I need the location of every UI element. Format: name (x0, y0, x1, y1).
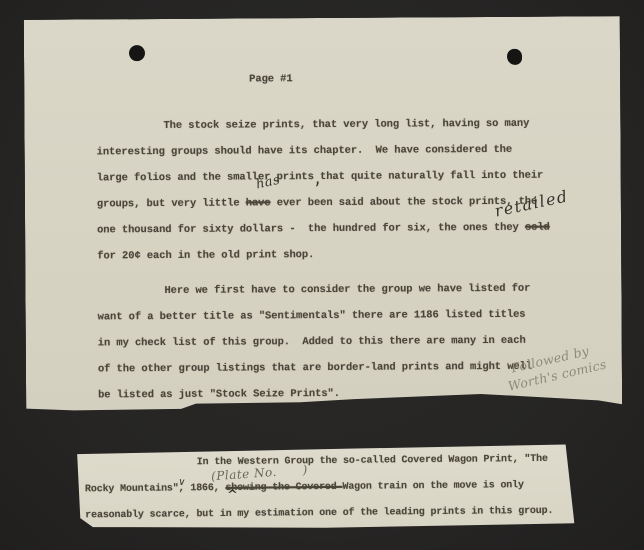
typed-line: large folios and the smaller prints that… (97, 162, 597, 191)
typed-line: interesting groups should have its chapt… (97, 136, 597, 165)
punch-hole-right (507, 49, 522, 65)
insertion-caret-mark: ^ (227, 488, 238, 503)
typed-line: in my check list of this group. Added to… (98, 327, 598, 356)
typed-line: reasonably scarce, but in my estimation … (85, 499, 571, 530)
typed-segment: Wagon train on the move is only (342, 480, 523, 493)
struck-phrase: showing the Covered (225, 482, 342, 494)
insertion-tick-mark: ∨ (177, 477, 186, 489)
punch-hole-left (129, 45, 145, 61)
typed-segment: Rocky Mountains", 1866, (85, 483, 226, 495)
page-title: Page #1 (249, 66, 293, 92)
struck-word: have (246, 197, 271, 209)
typed-line: for 20¢ each in the old print shop. (97, 240, 597, 269)
scanned-document: Page #1 The stock seize prints, that ver… (0, 0, 644, 550)
typed-segment: one thousand for sixty dollars - the hun… (97, 222, 525, 237)
typed-line: want of a better title as "Sentimentals"… (98, 301, 598, 330)
typed-line: Here we first have to consider the group… (97, 275, 597, 304)
typed-line: one thousand for sixty dollars - the hun… (97, 214, 597, 243)
strip-text-block: In the Western Group the so-called Cover… (85, 447, 572, 530)
typed-strip: In the Western Group the so-called Cover… (75, 444, 576, 532)
struck-word: sold (525, 222, 550, 234)
typed-line: The stock seize prints, that very long l… (96, 110, 596, 139)
typed-segment: groups, but very little (97, 197, 246, 210)
